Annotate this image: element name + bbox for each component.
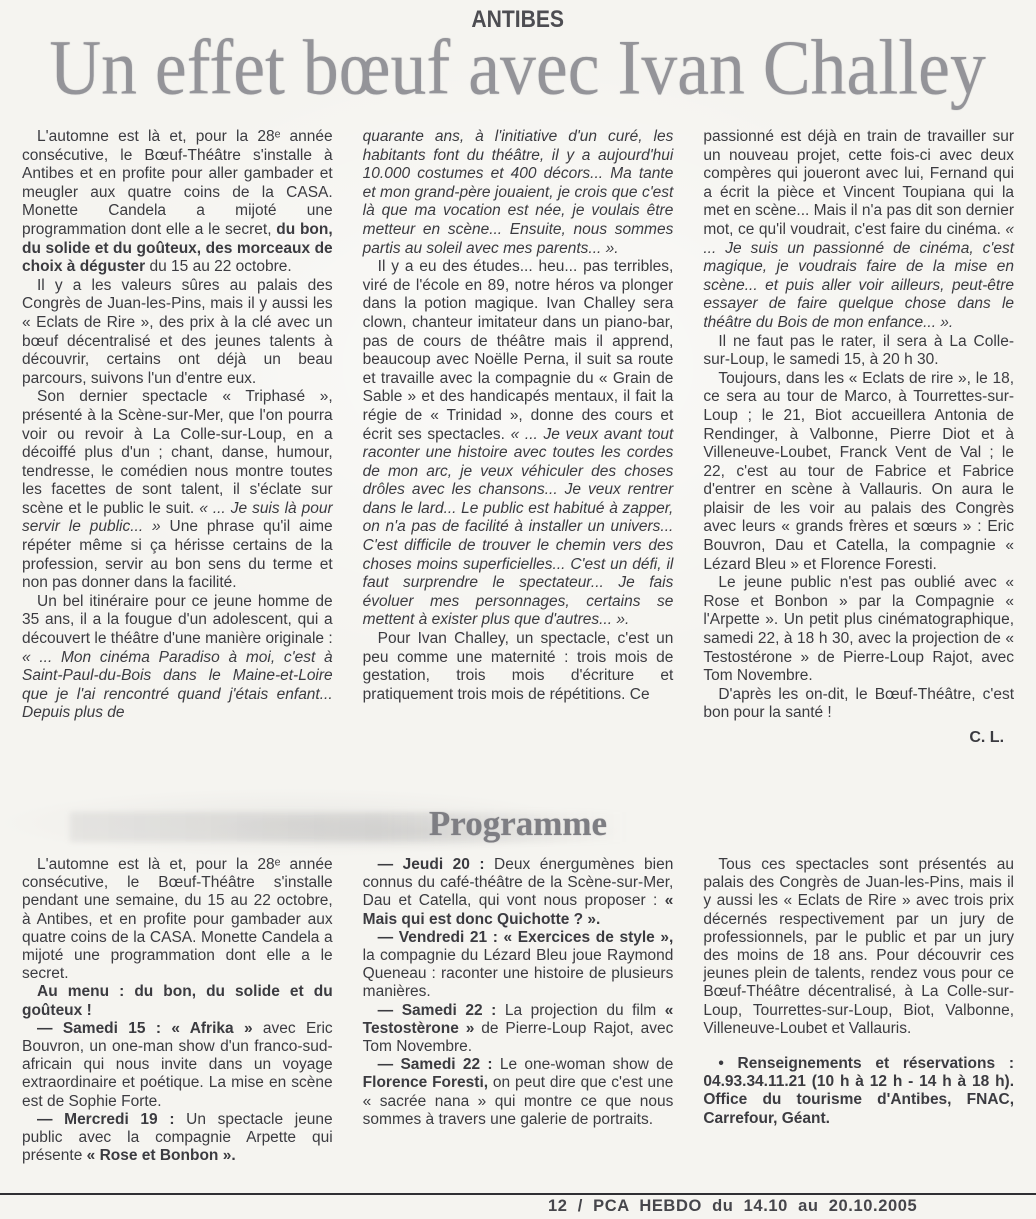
paragraph: Au menu : du bon, du solide et du goûteu…	[22, 983, 333, 1019]
paragraph: L'automne est là et, pour la 28ᵉ année c…	[22, 856, 333, 983]
text-run: Un bel itinéraire pour ce jeune homme de…	[22, 593, 333, 647]
paragraph: Un bel itinéraire pour ce jeune homme de…	[22, 593, 333, 723]
headline: Un effet bœuf avec Ivan Challey	[0, 24, 1036, 105]
paragraph: passionné est déjà en train de travaille…	[703, 128, 1014, 333]
footer-date-range: du 14.10 au 20.10.2005	[712, 1197, 917, 1215]
paragraph: — Jeudi 20 : Deux énergumènes bien connu…	[363, 856, 674, 929]
program-column-1: L'automne est là et, pour la 28ᵉ année c…	[22, 856, 333, 1165]
text-run: Il ne faut pas le rater, il sera à La Co…	[703, 333, 1014, 369]
text-run: — Samedi 22 :	[378, 1056, 493, 1073]
article-column-3: passionné est déjà en train de travaille…	[703, 128, 1014, 748]
text-run: L'automne est là et, pour la 28ᵉ année c…	[22, 856, 333, 982]
paragraph: L'automne est là et, pour la 28ᵉ année c…	[22, 128, 333, 277]
text-run: « ... Je veux avant tout raconter une hi…	[363, 426, 674, 629]
article-column-2: quarante ans, à l'initiative d'un curé, …	[363, 128, 674, 748]
text-run: Toujours, dans les « Eclats de rire », l…	[703, 370, 1014, 573]
paragraph: — Vendredi 21 : « Exercices de style », …	[363, 929, 674, 1002]
paragraph: Il ne faut pas le rater, il sera à La Co…	[703, 333, 1014, 370]
text-run: Tous ces spectacles sont présentés au pa…	[703, 856, 1014, 1037]
paragraph: D'après les on-dit, le Bœuf-Théâtre, c'e…	[703, 686, 1014, 723]
text-run: Florence Foresti,	[363, 1074, 488, 1091]
paragraph: — Samedi 15 : « Afrika » avec Eric Bouvr…	[22, 1020, 333, 1111]
program-section-title: Programme	[0, 804, 1036, 844]
text-run: — Samedi 22 :	[378, 1002, 497, 1019]
text-run: la compagnie du Lézard Bleu joue Raymond…	[363, 947, 674, 1000]
text-run: • Renseignements et réservations : 04.93…	[703, 1055, 1014, 1127]
footer-text: 12 / PCA HEBDO du 14.10 au 20.10.2005	[548, 1197, 917, 1216]
text-run: passionné est déjà en train de travaille…	[703, 128, 1014, 238]
footer-divider	[0, 1193, 1036, 1195]
program-column-2: — Jeudi 20 : Deux énergumènes bien connu…	[363, 856, 674, 1165]
paragraph: Il y a eu des études... heu... pas terri…	[363, 258, 674, 630]
paragraph: Il y a les valeurs sûres au palais des C…	[22, 277, 333, 389]
text-run: — Jeudi 20 :	[378, 856, 485, 873]
paragraph: — Mercredi 19 : Un spectacle jeune publi…	[22, 1111, 333, 1166]
paragraph: • Renseignements et réservations : 04.93…	[703, 1055, 1014, 1128]
byline: C. L.	[703, 729, 1014, 748]
program-body: L'automne est là et, pour la 28ᵉ année c…	[22, 856, 1014, 1165]
text-run: Son dernier spectacle « Triphasé », prés…	[22, 388, 333, 517]
text-run: Le one-woman show de	[493, 1056, 674, 1073]
program-column-3: Tous ces spectacles sont présentés au pa…	[703, 856, 1014, 1165]
article-body: L'automne est là et, pour la 28ᵉ année c…	[22, 128, 1014, 748]
paragraph: quarante ans, à l'initiative d'un curé, …	[363, 128, 674, 258]
text-run: D'après les on-dit, le Bœuf-Théâtre, c'e…	[703, 686, 1014, 722]
paragraph: Le jeune public n'est pas oublié avec « …	[703, 574, 1014, 686]
text-run: « ... Mon cinéma Paradiso à moi, c'est à…	[22, 649, 333, 722]
paragraph: Son dernier spectacle « Triphasé », prés…	[22, 388, 333, 593]
text-run: Pour Ivan Challey, un spectacle, c'est u…	[363, 630, 674, 703]
text-run: — Mercredi 19 :	[37, 1111, 174, 1128]
paragraph: — Samedi 22 : Le one-woman show de Flore…	[363, 1056, 674, 1129]
text-run: Il y a les valeurs sûres au palais des C…	[22, 277, 333, 387]
article-column-1: L'automne est là et, pour la 28ᵉ année c…	[22, 128, 333, 748]
text-run: du 15 au 22 octobre.	[145, 258, 292, 275]
text-run: Le jeune public n'est pas oublié avec « …	[703, 574, 1014, 684]
paragraph: — Samedi 22 : La projection du film « Te…	[363, 1002, 674, 1057]
paragraph: Pour Ivan Challey, un spectacle, c'est u…	[363, 630, 674, 704]
text-run: Il y a eu des études... heu... pas terri…	[363, 258, 674, 442]
text-run: « Rose et Bonbon ».	[87, 1147, 236, 1164]
text-run: — Samedi 15 : « Afrika »	[37, 1020, 253, 1037]
footer-page-label: 12 / PCA HEBDO	[548, 1197, 702, 1215]
paragraph: Tous ces spectacles sont présentés au pa…	[703, 856, 1014, 1038]
text-run: La projection du film	[496, 1002, 664, 1019]
paragraph: Toujours, dans les « Eclats de rire », l…	[703, 370, 1014, 575]
text-run: — Vendredi 21 : « Exercices de style »,	[378, 929, 674, 946]
headline-text: Un effet bœuf avec Ivan Challey	[50, 24, 987, 113]
text-run: quarante ans, à l'initiative d'un curé, …	[363, 128, 674, 257]
text-run: Au menu : du bon, du solide et du goûteu…	[22, 983, 333, 1018]
